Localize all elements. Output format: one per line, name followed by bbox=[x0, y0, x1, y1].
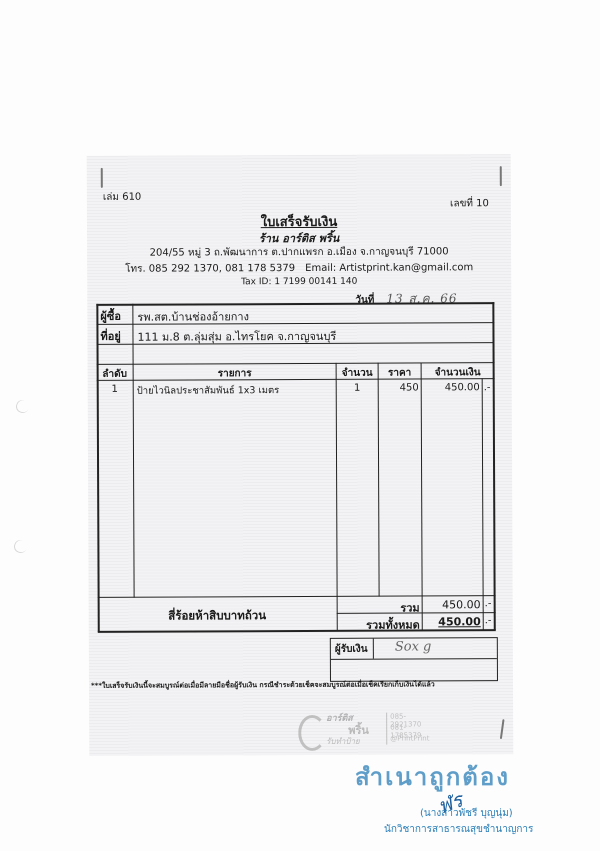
amount-in-words: สี่ร้อยห้าสิบบาทถ้วน bbox=[98, 607, 337, 626]
item-no: 1 bbox=[97, 384, 133, 395]
column-header-qty: จำนวน bbox=[337, 366, 378, 381]
certifier-position: นักวิชาการสาธารณสุขชำนาญการ bbox=[384, 822, 533, 837]
staple-left bbox=[101, 168, 103, 188]
certifier-name: (นางสาวพัชรี บุญนุ่ม) bbox=[420, 806, 513, 821]
subtotal-value: 450.00 bbox=[423, 598, 481, 611]
date-field: วันที่13 ส.ค. 66 bbox=[355, 289, 457, 308]
item-qty: 1 bbox=[337, 383, 378, 394]
address-label: ที่อยู่ bbox=[100, 327, 120, 345]
item-suffix: .- bbox=[484, 382, 491, 393]
column-header-price: ราคา bbox=[379, 365, 421, 380]
receipt-number: เลขที่ 10 bbox=[450, 196, 489, 211]
receiver-signature: Sox g bbox=[395, 639, 432, 654]
tax-id: Tax ID: 1 7199 00141 140 bbox=[87, 276, 511, 288]
shop-logo-watermark: อาร์ติส พริ้น รับทำป้าย 085-2921370 081-… bbox=[298, 710, 428, 751]
subtotal-label: รวม bbox=[338, 598, 420, 616]
buyer-label: ผู้ซื้อ bbox=[100, 307, 121, 325]
staple-bottom bbox=[500, 719, 505, 739]
column-header-description: รายการ bbox=[134, 366, 336, 382]
shop-email: Email: Artistprint.kan@gmail.com bbox=[305, 262, 473, 274]
column-header-amount: จำนวนเงิน bbox=[422, 365, 494, 380]
receipt-paper: เล่ม 610 เลขที่ 10 ใบเสร็จรับเงิน ร้าน อ… bbox=[87, 154, 514, 756]
receipt-table: ผู้ซื้อ รพ.สต.บ้านช่องอ้ายกาง ที่อยู่ 11… bbox=[96, 302, 494, 304]
punch-hole-top bbox=[14, 398, 31, 415]
item-price: 450 bbox=[379, 382, 419, 393]
item-amount: 450.00 bbox=[422, 382, 480, 393]
total-suffix: .- bbox=[485, 615, 492, 626]
shop-contact: โทร. 085 292 1370, 081 178 5379Email: Ar… bbox=[87, 260, 511, 277]
shop-phone: โทร. 085 292 1370, 081 178 5379 bbox=[125, 263, 295, 275]
receiver-label: ผู้รับเงิน bbox=[335, 642, 368, 657]
total-value: 450.00 bbox=[423, 615, 481, 628]
certified-copy-stamp: สำเนาถูกต้อง bbox=[355, 757, 510, 796]
logo-swirl-icon bbox=[298, 715, 326, 751]
shop-address: 204/55 หมู่ 3 ถ.พัฒนาการ ต.ปากแพรก อ.เมื… bbox=[87, 244, 511, 261]
column-header-no: ลำดับ bbox=[97, 367, 133, 382]
receipt-footnote: ***ใบเสร็จรับเงินนี้จะสมบูรณ์ต่อเมื่อมีล… bbox=[91, 679, 435, 691]
total-label: รวมทั้งหมด bbox=[338, 615, 420, 633]
receiver-box: ผู้รับเงิน Sox g bbox=[330, 637, 498, 682]
punch-hole-bottom bbox=[12, 538, 29, 555]
book-number: เล่ม 610 bbox=[103, 190, 141, 205]
staple-right bbox=[500, 166, 502, 186]
buyer-value: รพ.สต.บ้านช่องอ้ายกาง bbox=[137, 307, 249, 325]
address-value: 111 ม.8 ต.ลุ่มสุ่ม อ.ไทรโยค จ.กาญจนบุรี bbox=[137, 327, 336, 346]
item-description: ป้ายไวนิลประชาสัมพันธ์ 1x3 เมตร bbox=[137, 383, 280, 399]
subtotal-suffix: .- bbox=[485, 598, 492, 609]
